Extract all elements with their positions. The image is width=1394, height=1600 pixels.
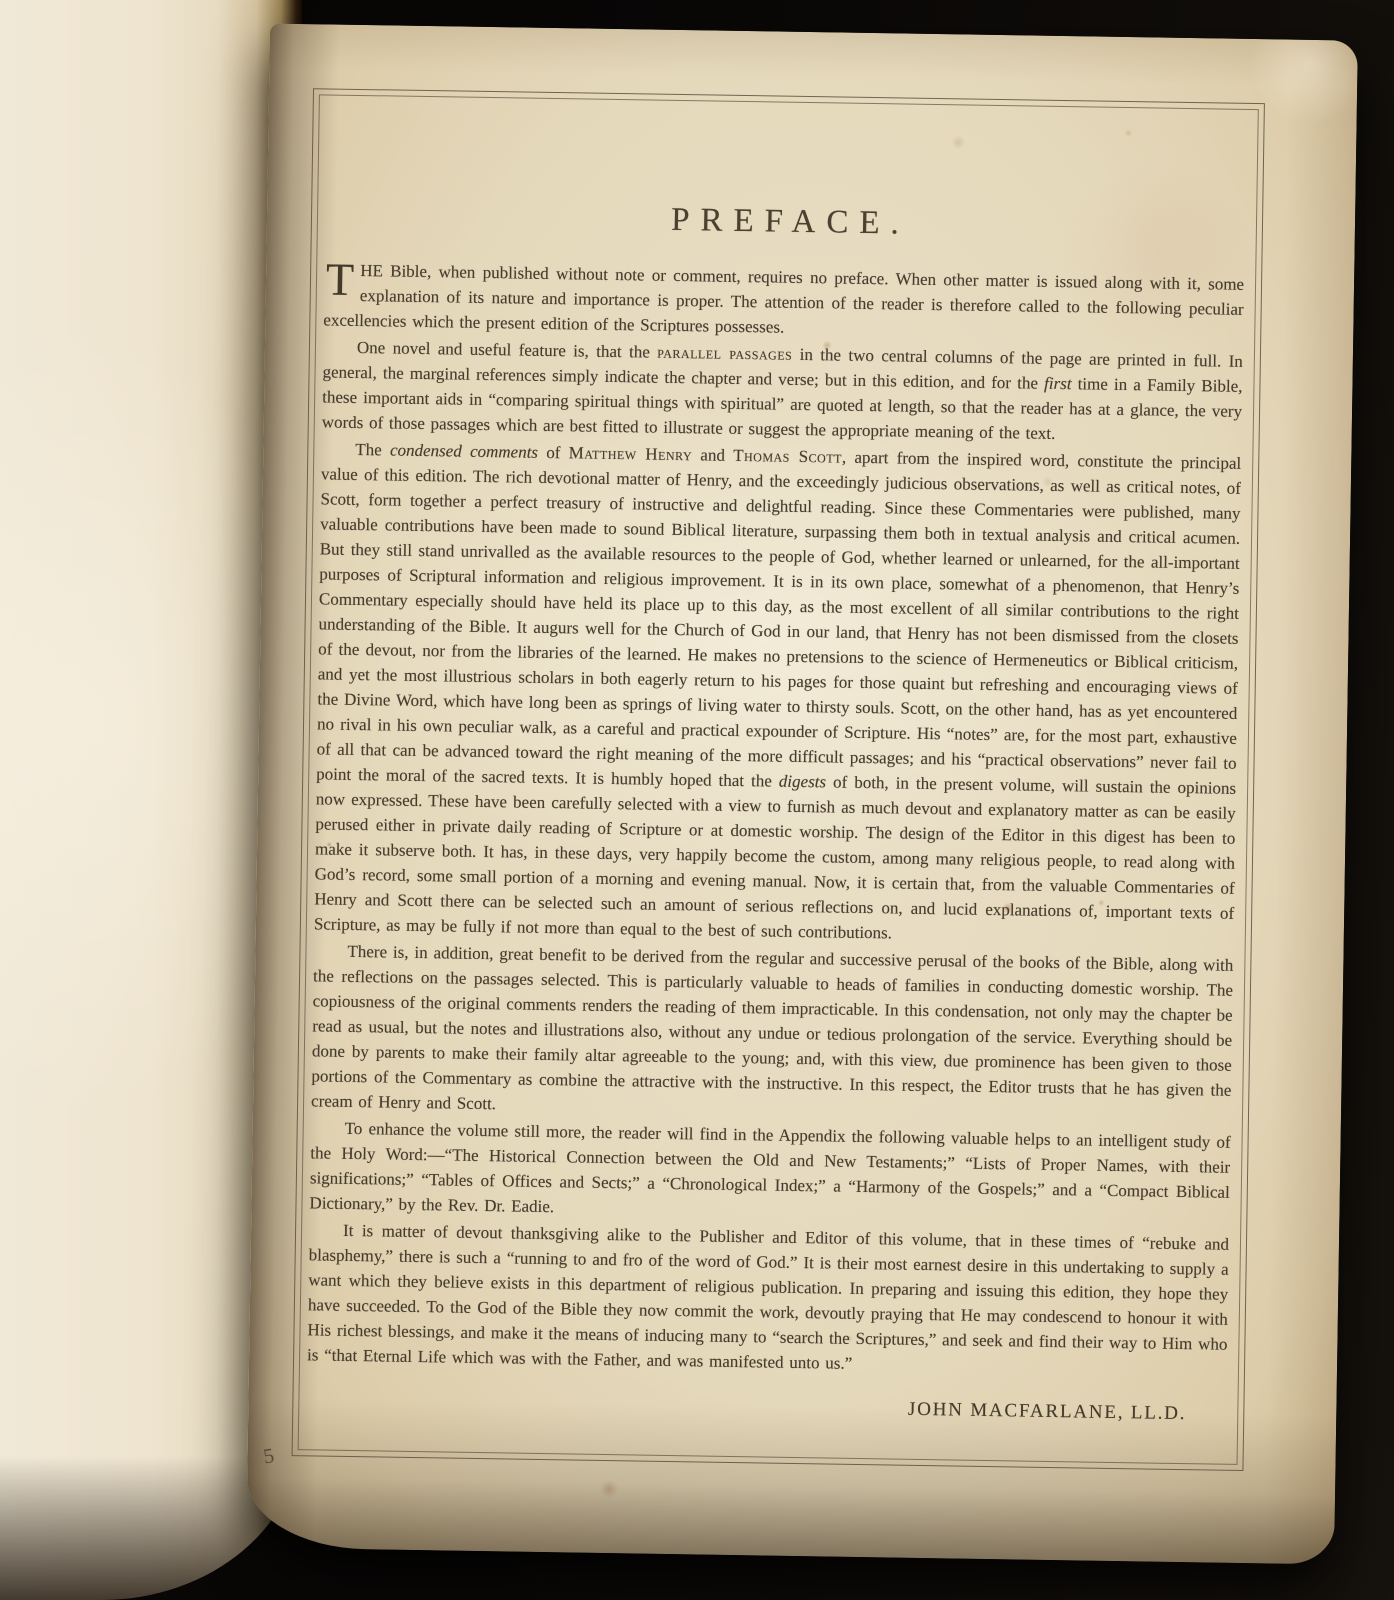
paragraph: One novel and useful feature is, that th…: [322, 334, 1243, 448]
paragraph: The condensed comments of Matthew Henry …: [314, 436, 1242, 950]
paragraph: It is matter of devout thanksgiving alik…: [307, 1217, 1229, 1381]
paragraph: There is, in addition, great benefit to …: [311, 938, 1234, 1127]
page-content: PREFACE. THE Bible, when published witho…: [306, 88, 1247, 1425]
preface-paragraphs: THE Bible, when published without note o…: [307, 257, 1244, 1381]
main-page: PREFACE. THE Bible, when published witho…: [246, 24, 1358, 1565]
page-title: PREFACE.: [325, 196, 1245, 247]
photo-background: PREFACE. THE Bible, when published witho…: [0, 0, 1394, 1600]
paragraph: THE Bible, when published without note o…: [323, 257, 1244, 346]
drop-cap: T: [324, 257, 361, 300]
printer-mark: 5: [262, 1443, 276, 1469]
paragraph: To enhance the volume still more, the re…: [309, 1115, 1230, 1229]
